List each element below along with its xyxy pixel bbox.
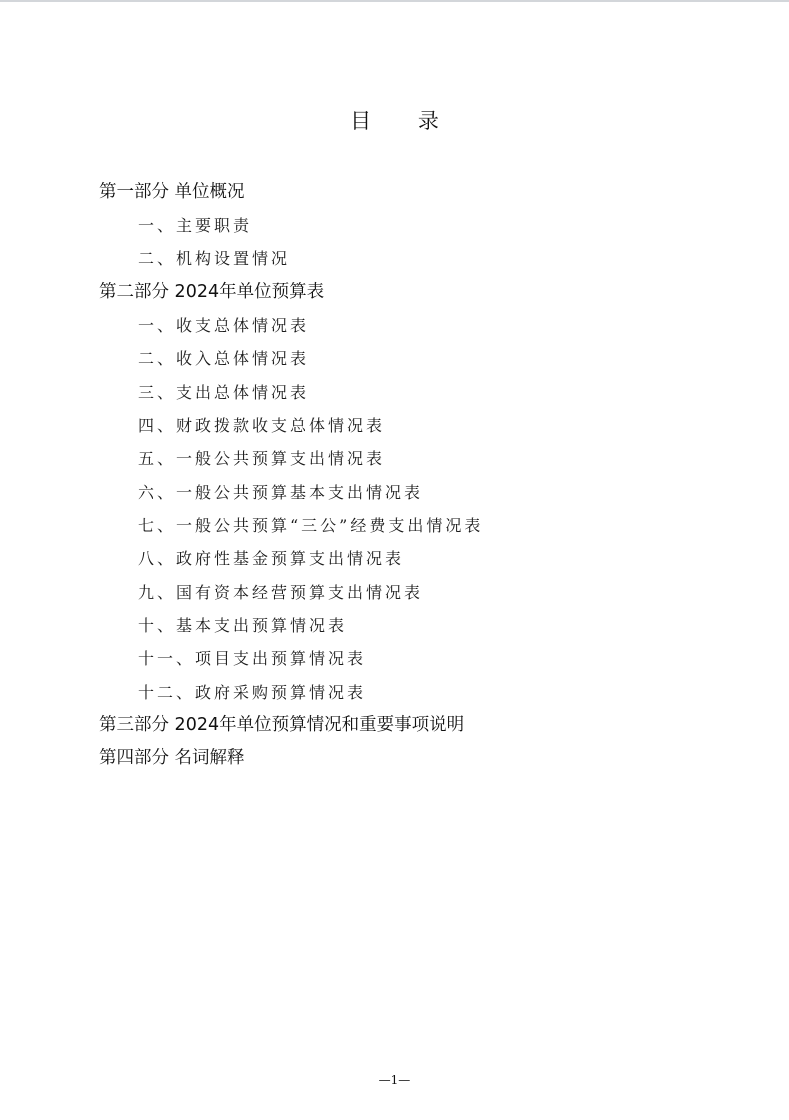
toc-item[interactable]: 十一、项目支出预算情况表 (138, 642, 366, 675)
toc-section-part-3[interactable]: 第三部分 2024年单位预算情况和重要事项说明 (99, 709, 464, 742)
toc-item[interactable]: 二、收入总体情况表 (138, 342, 309, 375)
page-number: —1— (0, 1070, 789, 1090)
toc-item[interactable]: 三、支出总体情况表 (138, 376, 309, 409)
toc-title: 目 录 (0, 106, 789, 136)
toc-item[interactable]: 二、机构设置情况 (138, 242, 290, 275)
toc-item[interactable]: 一、收支总体情况表 (138, 309, 309, 342)
toc-item[interactable]: 十二、政府采购预算情况表 (138, 676, 366, 709)
toc-item[interactable]: 六、一般公共预算基本支出情况表 (138, 476, 423, 509)
toc-item[interactable]: 一、主要职责 (138, 209, 252, 242)
toc-section-part-2[interactable]: 第二部分 2024年单位预算表 (99, 276, 324, 309)
toc-item[interactable]: 九、国有资本经营预算支出情况表 (138, 576, 423, 609)
page-top-border (0, 0, 789, 2)
toc-item[interactable]: 七、一般公共预算“三公”经费支出情况表 (138, 509, 483, 542)
toc-item[interactable]: 四、财政拨款收支总体情况表 (138, 409, 385, 442)
toc-item[interactable]: 八、政府性基金预算支出情况表 (138, 542, 404, 575)
toc-item[interactable]: 五、一般公共预算支出情况表 (138, 442, 385, 475)
toc-item[interactable]: 十、基本支出预算情况表 (138, 609, 347, 642)
toc-section-part-1[interactable]: 第一部分 单位概况 (99, 176, 245, 209)
toc-section-part-4[interactable]: 第四部分 名词解释 (99, 742, 245, 775)
